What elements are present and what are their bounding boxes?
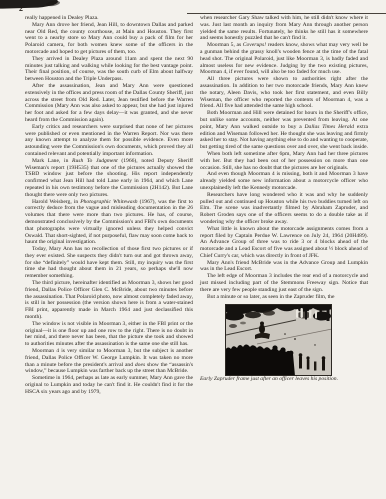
paragraph: After the assassination, Jean and Mary A… — [25, 83, 193, 124]
paragraph: Mary Ann's friend McBride was in the Adv… — [200, 260, 368, 274]
right-column: when researcher Gary Shaw talked with hi… — [200, 15, 368, 383]
paragraph: All three pictures were shown to authori… — [200, 76, 368, 110]
paragraph: When both left sometime after 6pm, Mary … — [200, 151, 368, 171]
paragraph: The third picture, hereinafter identifie… — [25, 280, 193, 321]
paragraph: They arrived in Dealey Plaza around 11am… — [25, 56, 193, 83]
figure-caption: Early Zapruder frame just after an offic… — [200, 376, 348, 383]
paragraph: Moorman 5, as Coverups! readers know, sh… — [200, 42, 368, 76]
paragraph: Early critics and researchers were surpr… — [25, 124, 193, 158]
scan-smudge-artifact — [46, 0, 61, 7]
paragraph: But a minute or so later, as seen in the… — [200, 294, 368, 301]
paragraph: Moorman 4 is very similar to Moorman 3, … — [25, 348, 193, 375]
paragraph: when researcher Gary Shaw talked with hi… — [200, 15, 368, 42]
page-number: 2 — [19, 4, 23, 13]
zapruder-frame-photo — [225, 304, 332, 376]
header-rule — [187, 13, 386, 14]
paragraph: Both Moorman and Hill were detained for … — [200, 110, 368, 151]
paragraph: And even though Moorman 4 is missing, bo… — [200, 171, 368, 191]
paragraph: Researchers have long wondered who it wa… — [200, 192, 368, 226]
paragraph: really happened in Dealey Plaza. — [25, 15, 193, 22]
paragraph: What little is known about the motorcade… — [200, 226, 368, 260]
paragraph: The window is not visible in Moorman 3, … — [25, 321, 193, 348]
paragraph: Sometime in 1964, perhaps as late as ear… — [25, 375, 193, 395]
paragraph: Mary Ann drove her friend, Jean Hill, to… — [25, 22, 193, 56]
paragraph: Today, Mary Ann has no recollection of t… — [25, 246, 193, 280]
paragraph: Harold Weisberg, in Photographic Whitewa… — [25, 199, 193, 247]
zapruder-figure — [225, 304, 332, 376]
book-page: 2 really happened in Dealey Plaza.Mary A… — [0, 0, 386, 499]
left-column: really happened in Dealey Plaza.Mary Ann… — [25, 15, 193, 396]
paragraph: The left edge of Moorman 3 includes the … — [200, 273, 368, 293]
paragraph: Mark Lane, in Rush To Judgment (1966), n… — [25, 158, 193, 199]
